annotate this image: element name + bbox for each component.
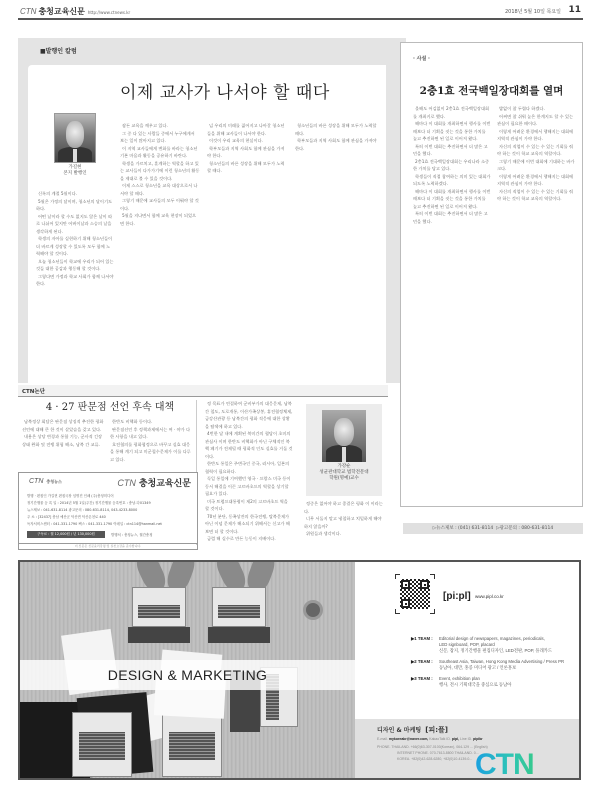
article-column: 신록의 계절 5월이다. 5월은 가정의 달이며, 청소년의 달이기도 하다. … [36,190,114,380]
article-headline: 4 · 27 판문점 선언 후속 대책 [35,398,185,413]
article-column: 정 목표가 연결하여 군비부가의 대응문제, 남북 간 철도, 도로개통, 이산… [205,400,293,550]
ad-phone-line: KOREA. +82(0)42-628-6280, +82(0)10-4139-… [397,757,472,761]
article-column: 남북정상 회담은 판문점 상징적 추진한 평화 선언에 대해 큰 한 것이 살았… [22,418,106,468]
author-title: 본지 발행인 [44,171,106,177]
ad-brand-name: 디자인 & 마케팅 [피:플] [377,725,448,735]
pipl-logo: [pi:pl] [443,591,471,602]
pipl-url[interactable]: www.pipl.co.kr [475,594,504,599]
design-marketing-banner: DESIGN & MARKETING [20,660,355,690]
imprint-line: 뉴스제보 : 041-631-8114 광고문의 : 080-631-8114,… [27,507,137,512]
ctn-logo: CTN [475,748,534,782]
ctn-education-logo: CTN충청교육신문 [117,476,191,489]
author-photo [54,113,96,163]
contact-bar: ▷뉴스제보 : (041) 631-8114 ▷광고문의 : 080-631-8… [403,523,583,534]
page-number: 11 [568,5,581,15]
issue-date: 2018년 5월 10일 목요일 [505,8,561,15]
imprint-footnote: 이 신문은 신문윤리강령 및 실천요강을 준수합니다. [18,544,198,550]
author-photo: 가강순 성균관대학교 법학전문대 학원(명예)교수 [306,404,382,496]
author-caption: 가길현 본지 발행인 [44,165,106,177]
ad-contact-footer: 디자인 & 마케팅 [피:플] E-mail. mykoreakr@naver.… [355,719,581,778]
ctn-column-header: CTN논단 [18,385,388,397]
section-label: CTN논단 [22,387,45,395]
article-column: 청소년들의 바른 성장을 위해 모두가 노력할 때다. 학부모들과 지역 사회도… [295,122,377,380]
qr-code-icon[interactable] [395,574,435,614]
editorial-label: · 사설 · [413,55,430,62]
imprint-line: 독자서비스센터 : 041-331-1790 팩스 : 041-331-1790… [27,521,162,526]
subscription-fee: 구독료 : 월 12,000원 / 년 130,000원 [27,531,105,538]
imprint-box: CTN충청뉴스 CTN충청교육신문 발행 · 편집인 가길현 편집국장 임명진 … [18,472,198,544]
ad-inquiry-line: ▷광고문의 : 080-631-8114 [496,526,553,531]
ad-phone-line: PHONE. THAILAND. +66(0)63-307-0100(Korea… [377,745,488,749]
imprint-line: 주 소 : [32437] 충남 예산군 덕산면 덕산온천로 440 [27,514,106,519]
masthead-brand-latin: CTN [20,7,36,16]
article-column: 넘 우리의 미래를 짊어지고 나아갈 청소년들을 위해 교사들이 나서야 한다.… [207,122,287,380]
ctn-news-logo: CTN충청뉴스 [29,478,62,485]
masthead-brand: CTN충청교육신문http://www.ctnews.kr [20,6,130,17]
editorial-column: 올해도 어김없이 2충1효 전국백일장대회를 개최키로 했다. 해마다 이 대회… [413,105,491,495]
section-label: ■발행인 칼럼 [40,46,77,55]
masthead-brand-korean: 충청교육신문 [38,7,84,16]
banner-text: DESIGN & MARKETING [20,667,355,683]
publisher-line: 발행처 : 충청뉴스, 월간충청 [111,532,152,537]
editorial-box: · 사설 · 2충1효 전국백일장대회를 열며 올해도 어김없이 2충1효 전국… [400,42,583,507]
article-column: 한반도 비핵화 등이다. 판문점선언 후 정책과제에서는 여 · 야가 다 한 … [110,418,194,468]
imprint-line: 정기간행물 등 록 일 : 2014년 5월 1일(주간) 정기간행물 등록번호… [27,500,151,505]
editorial-headline: 2충1효 전국백일장대회를 열며 [401,83,582,98]
article-headline: 이제 교사가 나서야 할 때다 [120,78,330,103]
ad-email-line: E-mail. mykoreakr@naver.com, KakaoTalk I… [377,737,483,741]
author-title: 학원(명예)교수 [306,476,382,482]
editorial-column: 밥없이 참 두렵다 하겠다. 어쩌면 참 쉬워 높은 한계지도 할 수 있는 관… [497,105,575,495]
imprint-line: 발행 · 편집인 가길현 편집국장 임명진 인쇄 (주)충청미디어 [27,493,114,498]
masthead-url[interactable]: http://www.ctnews.kr [88,10,130,15]
news-tip-line: ▷뉴스제보 : (041) 631-8114 [433,526,493,531]
article-column: 잠든 교육을 깨우고 있다. 그 중 다 있는 사람들 중에서 누구에게서 보는… [120,122,200,380]
masthead: CTN충청교육신문http://www.ctnews.kr 2018년 5월 1… [18,6,583,20]
advertisement[interactable]: DESIGN & MARKETING [pi:pl] www.pipl.co.k… [18,560,581,780]
article-column: 정중은 없어야 하고 종결은 평화 이 이라는다. 너무 서둘지 말고 냉철하고… [304,500,386,545]
ad-phone-line: INTERNET PHONE. 070-7613-8800 THAILAND. … [397,751,479,755]
